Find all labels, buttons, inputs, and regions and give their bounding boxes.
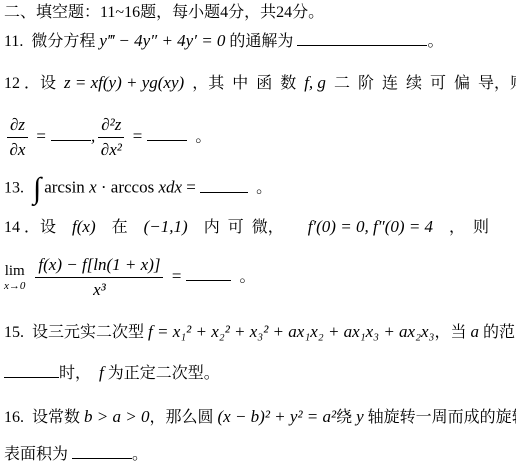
q11-differential-equation: y‴ − 4y″ + 4y′ = 0: [99, 31, 225, 50]
q15-line2-mid-text: 时，: [59, 365, 99, 382]
q14-mid2-text: 内 可 微，: [188, 219, 308, 236]
q14-derivative-conditions: f′(0) = 0, f″(0) = 4: [308, 217, 433, 236]
question-16-line2: 表面积为 。: [4, 443, 148, 466]
question-16-line1: 16. 设常数 b > a > 0，那么圆 (x − b)² + y² = a²…: [4, 406, 516, 429]
q16-rao-text: 绕: [336, 409, 356, 426]
q12-tail-text: 二 阶 连 续 可 偏 导，则: [326, 75, 516, 92]
q15-lead-text: 设三元实二次型: [32, 324, 148, 341]
q16-inequality: b > a > 0: [84, 407, 149, 426]
q16-lead-text: 设常数: [32, 409, 84, 426]
q16-tail-text: 轴旋转一周而成的旋转体的: [364, 409, 516, 426]
question-15-line1: 15. 设三元实二次型 f = x₁² + x₂² + x₃² + ax₁x₂ …: [4, 321, 516, 344]
q14-equals: =: [166, 266, 186, 285]
q15-answer-blank: [4, 362, 59, 378]
limit-fraction: f(x) − f[ln(1 + x)]x³: [35, 254, 163, 301]
section-title: 二、填空题：11~16题，每小题4分，共24分。: [4, 4, 324, 21]
q13-period: 。: [248, 180, 272, 197]
q13-arccos: · arccos: [97, 178, 159, 197]
limit-denominator: x³: [35, 278, 163, 301]
q11-answer-blank: [297, 30, 427, 46]
q13-answer-blank: [200, 176, 248, 192]
q12-lead-text: 设: [40, 75, 64, 92]
q13-arcsin: arcsin: [44, 178, 89, 197]
q12-period: 。: [187, 128, 211, 145]
q16-answer-blank: [72, 443, 132, 459]
q12-equals1: =: [31, 126, 51, 145]
section-header: 二、填空题：11~16题，每小题4分，共24分。: [4, 3, 324, 24]
question-12-line1: 12 ．设 z = xf(y) + yg(xy) ，其 中 函 数 f, g 二…: [4, 72, 516, 95]
q13-equals: =: [182, 178, 200, 197]
q13-xdx: xdx: [158, 178, 182, 197]
q11-period: 。: [427, 33, 443, 50]
q16-number: 16.: [4, 409, 32, 426]
integral-sign: ∫: [33, 172, 41, 205]
question-14-limit-line: limx→0f(x) − f[ln(1 + x)]x³ = 。: [4, 254, 255, 301]
q12-frac1-denominator: ∂x: [7, 138, 28, 161]
question-14-line1: 14 ．设 f(x) 在 (−1,1) 内 可 微， f′(0) = 0, f″…: [4, 216, 489, 239]
q16-var-y: y: [356, 407, 364, 426]
q13-number: 13.: [4, 180, 32, 197]
partial-d2z-dx2-fraction: ∂²z∂x²: [98, 114, 124, 161]
lim-subscript: x→0: [4, 279, 25, 293]
q14-number: 14 ．: [4, 219, 40, 236]
q13-var-x1: x: [89, 178, 97, 197]
q14-interval: (−1,1): [144, 217, 188, 236]
q15-tail-text: 的范围为: [479, 324, 516, 341]
q14-lead-text: 设: [40, 219, 72, 236]
q14-answer-blank: [186, 265, 231, 281]
q12-answer-blank-2: [147, 125, 187, 141]
limit-numerator: f(x) − f[ln(1 + x)]: [35, 254, 163, 278]
q16-mid-text: ，那么圆: [149, 409, 217, 426]
q16-period: 。: [132, 446, 148, 463]
q15-var-a: a: [470, 322, 479, 341]
question-12-line2: ∂z∂x = ,∂²z∂x² = 。: [4, 114, 211, 161]
exam-page: 二、填空题：11~16题，每小题4分，共24分。 11. 微分方程 y‴ − 4…: [0, 0, 516, 469]
q14-tail-text: ， 则: [433, 219, 489, 236]
q11-lead-text: 微分方程: [31, 33, 99, 50]
q15-mid-text: ，当: [434, 324, 470, 341]
question-15-line2: 时， f 为正定二次型。: [4, 362, 220, 385]
q11-number: 11.: [4, 33, 31, 50]
q12-frac1-numerator: ∂z: [7, 114, 28, 138]
limit-operator: limx→0: [4, 262, 25, 294]
q15-line2-tail-text: 为正定二次型。: [104, 365, 220, 382]
partial-dz-dx-fraction: ∂z∂x: [7, 114, 28, 161]
q14-period: 。: [231, 268, 255, 285]
q15-quadratic-form: f = x₁² + x₂² + x₃² + ax₁x₂ + ax₁x₃ + ax…: [148, 322, 434, 341]
q12-function-equation: z = xf(y) + yg(xy): [64, 73, 184, 92]
q14-fx: f(x): [72, 217, 96, 236]
q16-line2-lead-text: 表面积为: [4, 446, 72, 463]
q12-mid-text: ，其 中 函 数: [184, 75, 304, 92]
q12-equals2: =: [127, 126, 147, 145]
q14-mid1-text: 在: [96, 219, 144, 236]
q16-circle-equation: (x − b)² + y² = a²: [217, 407, 336, 426]
q11-tail-text: 的通解为: [225, 33, 297, 50]
q15-number: 15.: [4, 324, 32, 341]
question-11: 11. 微分方程 y‴ − 4y″ + 4y′ = 0 的通解为 。: [4, 30, 443, 53]
q12-fg-variables: f, g: [304, 73, 326, 92]
q12-comma: ,: [91, 126, 95, 145]
q12-frac2-numerator: ∂²z: [98, 114, 124, 138]
q12-number: 12 ．: [4, 75, 40, 92]
question-13: 13. ∫arcsin x · arccos xdx = 。: [4, 174, 272, 204]
q12-answer-blank-1: [51, 125, 91, 141]
q12-frac2-denominator: ∂x²: [98, 138, 124, 161]
